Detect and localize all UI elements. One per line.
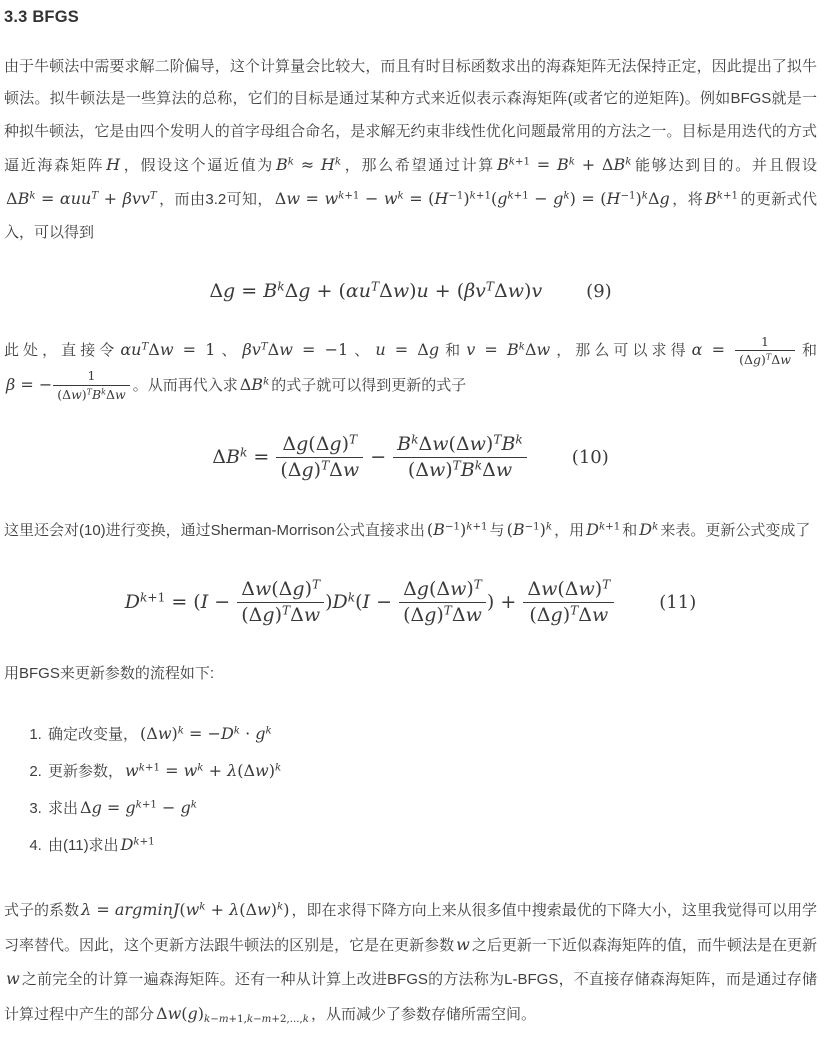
equation-11-math: Dk+1 = (I − Δw(Δg)T(Δg)TΔw)Dk(I − Δg(Δw)… bbox=[125, 591, 615, 613]
step-item: 确定改变量，(Δw)k = −Dk · gk bbox=[46, 716, 817, 753]
paragraph-sherman-morrison: 这里还会对(10)进行变换，通过Sherman-Morrison公式直接求出(B… bbox=[4, 513, 817, 547]
inline-math: w bbox=[454, 935, 472, 954]
step-item: 更新参数，wk+1 = wk + λ(Δw)k bbox=[46, 753, 817, 790]
inline-math: Δw(g)k−m+1,k−m+2,...,k bbox=[154, 1004, 311, 1023]
equation-10-math: ΔBk = Δg(Δg)T(Δg)TΔw − BkΔw(Δw)TBk(Δw)TB… bbox=[212, 446, 528, 468]
inline-math: Dk+1 bbox=[584, 520, 622, 539]
step-item: 由(11)求出Dk+1 bbox=[46, 827, 817, 864]
fraction: Δw(Δw)T(Δg)TΔw bbox=[523, 578, 614, 629]
fraction: Δw(Δg)T(Δg)TΔw bbox=[237, 578, 324, 629]
equation-9-math: Δg = BkΔg + (αuTΔw)u + (βvTΔw)v bbox=[209, 280, 542, 302]
equation-9: Δg = BkΔg + (αuTΔw)u + (βvTΔw)v(9) bbox=[4, 279, 817, 304]
inline-math: (B−1)k+1 bbox=[425, 520, 490, 539]
step-item: 求出Δg = gk+1 − gk bbox=[46, 790, 817, 827]
equation-11: Dk+1 = (I − Δw(Δg)T(Δg)TΔw)Dk(I − Δg(Δw)… bbox=[4, 578, 817, 629]
inline-math: Dk+1 bbox=[119, 835, 157, 854]
inline-math: ΔBk = αuuT + βvvT bbox=[4, 189, 159, 208]
inline-math: (Δw)k = −Dk · gk bbox=[138, 724, 274, 743]
paragraph-intro: 由于牛顿法中需要求解二阶偏导，这个计算量会比较大，而且有时目标函数求出的海森矩阵… bbox=[4, 51, 817, 249]
paragraph-substitution: 此处，直接令αuTΔw = 1、βvTΔw = −1、u = Δg和v = Bk… bbox=[4, 333, 817, 402]
equation-11-number: (11) bbox=[659, 592, 696, 613]
fraction: Δg(Δg)T(Δg)TΔw bbox=[276, 433, 363, 484]
inline-math: αuTΔw = 1 bbox=[118, 340, 217, 359]
inline-math: (B−1)k bbox=[505, 520, 555, 539]
inline-math: Bk+1 = Bk + ΔBk bbox=[495, 155, 633, 174]
inline-math: w bbox=[4, 969, 22, 988]
paragraph-procedure-intro: 用BFGS来更新参数的流程如下: bbox=[4, 658, 817, 690]
fraction: Δg(Δw)T(Δg)TΔw bbox=[399, 578, 486, 629]
inline-math: α = 1(Δg)TΔw bbox=[690, 340, 798, 359]
inline-math: βvTΔw = −1 bbox=[241, 340, 351, 359]
inline-math: v = BkΔw bbox=[464, 340, 552, 359]
inline-math: H bbox=[104, 155, 122, 174]
equation-9-number: (9) bbox=[586, 281, 612, 302]
fraction: 1(Δw)TBkΔw bbox=[53, 368, 129, 402]
fraction: BkΔw(Δw)TBk(Δw)TBkΔw bbox=[393, 433, 527, 484]
inline-math: Δg = gk+1 − gk bbox=[78, 798, 199, 817]
inline-math: u = Δg bbox=[373, 340, 441, 359]
inline-math: λ = argminJ(wk + λ(Δw)k) bbox=[79, 900, 291, 919]
paragraph-lambda-lbfgs: 式子的系数λ = argminJ(wk + λ(Δw)k)，即在求得下降方向上来… bbox=[4, 893, 817, 1031]
section-heading: 3.3 BFGS bbox=[4, 8, 817, 27]
inline-math: Bk+1 bbox=[703, 189, 740, 208]
equation-10-number: (10) bbox=[572, 447, 609, 468]
inline-math: ΔBk bbox=[238, 375, 272, 394]
bfgs-steps-list: 确定改变量，(Δw)k = −Dk · gk更新参数，wk+1 = wk + λ… bbox=[4, 716, 817, 863]
inline-math: Bk ≈ Hk bbox=[274, 155, 343, 174]
inline-math: wk+1 = wk + λ(Δw)k bbox=[123, 761, 283, 780]
inline-math: β = −1(Δw)TBkΔw bbox=[4, 375, 133, 394]
document-page: 3.3 BFGS 由于牛顿法中需要求解二阶偏导，这个计算量会比较大，而且有时目标… bbox=[0, 0, 825, 1057]
inline-math: Dk bbox=[637, 520, 660, 539]
equation-10: ΔBk = Δg(Δg)T(Δg)TΔw − BkΔw(Δw)TBk(Δw)TB… bbox=[4, 433, 817, 484]
inline-math: Δw = wk+1 − wk = (H−1)k+1(gk+1 − gk) = (… bbox=[273, 189, 672, 208]
fraction: 1(Δg)TΔw bbox=[735, 334, 795, 368]
